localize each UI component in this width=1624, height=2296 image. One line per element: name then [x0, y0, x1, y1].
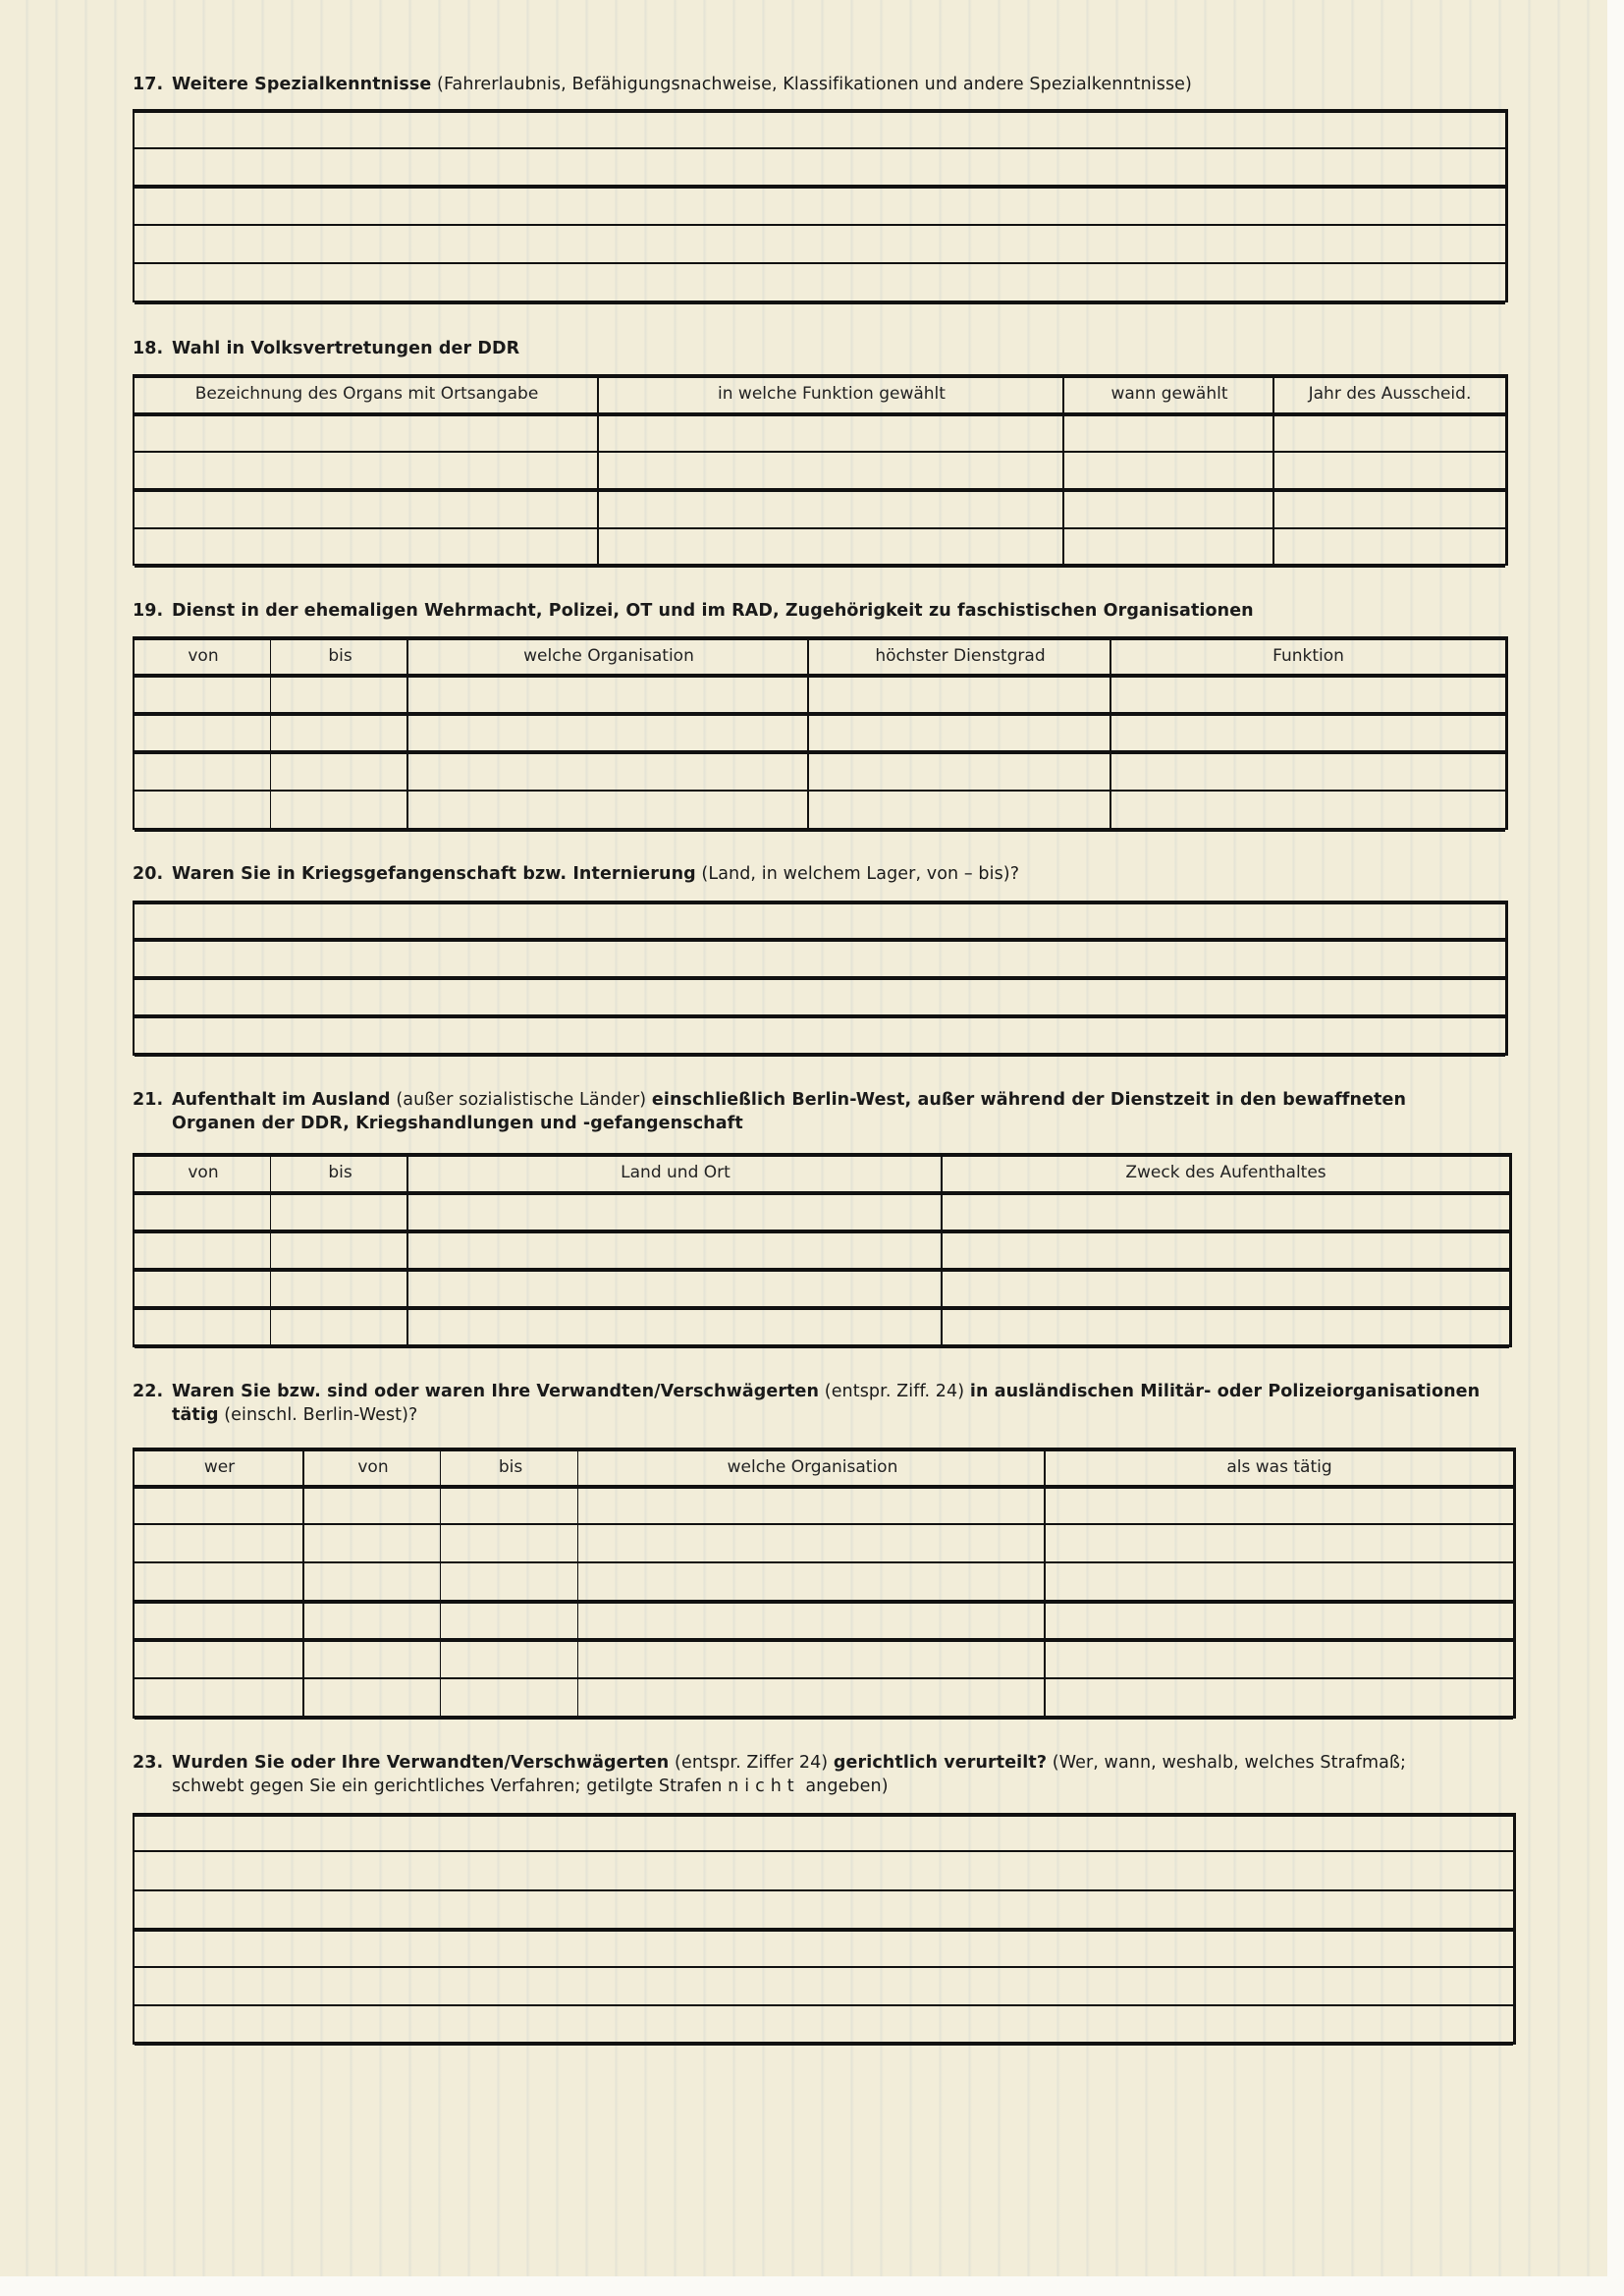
section-number: 18. [133, 337, 172, 360]
section-title-cont: gerichtlich verurteilt? [834, 1753, 1047, 1773]
service-table: von bis welche Organisation höchster Die… [133, 636, 1508, 830]
table-row[interactable] [135, 754, 1505, 790]
section-title: Waren Sie in Kriegsgefangenschaft bzw. I… [172, 864, 696, 884]
col-header-dienstgrad: höchster Dienstgrad [809, 638, 1111, 674]
text-line-3[interactable] [135, 189, 1505, 224]
text-line-4[interactable] [135, 1932, 1513, 1966]
text-line-3[interactable] [135, 980, 1505, 1014]
table-row[interactable] [135, 1233, 1509, 1268]
col-header-wer: wer [135, 1449, 304, 1485]
section-title: Dienst in der ehemaligen Wehrmacht, Poli… [172, 601, 1254, 621]
captivity-table [133, 901, 1508, 1056]
table-row[interactable] [135, 416, 1505, 451]
table-row[interactable] [135, 1679, 1513, 1716]
table-row[interactable] [135, 1642, 1513, 1677]
convictions-table [133, 1813, 1516, 2045]
section-subtitle: (entspr. Ziff. 24) [825, 1382, 964, 1401]
section-title: Wahl in Volksvertretungen der DDR [172, 339, 519, 358]
col-header-wann: wann gewählt [1064, 376, 1274, 411]
table-row[interactable] [135, 529, 1505, 564]
section-number: 22. [133, 1380, 172, 1403]
col-header-funktion: in welche Funktion gewählt [599, 376, 1064, 411]
form-page: 17.Weitere Spezialkenntnisse (Fahrerlaub… [0, 0, 1607, 2276]
text-line-1[interactable] [135, 113, 1505, 146]
section-18-heading: 18.Wahl in Volksvertretungen der DDR [133, 337, 519, 360]
section-title-line2: tätig [172, 1405, 219, 1425]
table-row[interactable] [135, 1604, 1513, 1638]
text-line-2[interactable] [135, 1852, 1513, 1889]
table-row[interactable] [135, 1489, 1513, 1523]
section-subtitle: (Land, in welchem Lager, von – bis)? [701, 864, 1019, 884]
section-title-cont: in ausländischen Militär- oder Polizeior… [970, 1382, 1480, 1401]
col-header-als-was: als was tätig [1046, 1449, 1513, 1485]
text-line-1[interactable] [135, 904, 1505, 938]
section-subtitle-cont: (Wer, wann, weshalb, welches Strafmaß; [1053, 1753, 1406, 1773]
section-subtitle: (außer sozialistische Länder) [396, 1090, 646, 1110]
section-title: Wurden Sie oder Ihre Verwandten/Verschwä… [172, 1753, 669, 1773]
text-line-5[interactable] [135, 1968, 1513, 2004]
col-header-von: von [304, 1449, 442, 1485]
text-line-4[interactable] [135, 1018, 1505, 1053]
col-header-organisation: welche Organisation [579, 1449, 1046, 1485]
col-header-ausscheid: Jahr des Ausscheid. [1274, 376, 1505, 411]
col-header-organisation: welche Organisation [408, 638, 809, 674]
text-line-3[interactable] [135, 1891, 1513, 1928]
emphasis-nicht: nicht [728, 1777, 800, 1796]
section-title: Waren Sie bzw. sind oder waren Ihre Verw… [172, 1382, 819, 1401]
section-number: 17. [133, 73, 172, 96]
col-header-zweck: Zweck des Aufenthaltes [943, 1155, 1509, 1190]
section-23-heading: 23.Wurden Sie oder Ihre Verwandten/Versc… [133, 1751, 1406, 1798]
table-row[interactable] [135, 1525, 1513, 1561]
section-subtitle-line2-end: angeben) [805, 1777, 888, 1796]
col-header-von: von [135, 638, 272, 674]
col-header-bis: bis [442, 1449, 579, 1485]
section-title: Weitere Spezialkenntnisse [172, 75, 431, 94]
table-row[interactable] [135, 1310, 1509, 1344]
table-row[interactable] [135, 1195, 1509, 1230]
col-header-funktion: Funktion [1111, 638, 1505, 674]
col-header-von: von [135, 1155, 272, 1190]
text-line-2[interactable] [135, 151, 1505, 185]
abroad-table: von bis Land und Ort Zweck des Aufenthal… [133, 1153, 1512, 1347]
section-subtitle-line2: (einschl. Berlin-West)? [224, 1405, 417, 1425]
col-header-land-ort: Land und Ort [408, 1155, 943, 1190]
elections-table: Bezeichnung des Organs mit Ortsangabe in… [133, 374, 1508, 566]
section-subtitle: (Fahrerlaubnis, Befähigungsnachweise, Kl… [437, 75, 1192, 94]
text-line-2[interactable] [135, 942, 1505, 976]
table-row[interactable] [135, 716, 1505, 750]
table-row[interactable] [135, 453, 1505, 488]
section-19-heading: 19.Dienst in der ehemaligen Wehrmacht, P… [133, 599, 1254, 623]
table-row[interactable] [135, 792, 1505, 828]
table-row[interactable] [135, 1272, 1509, 1306]
section-17-heading: 17.Weitere Spezialkenntnisse (Fahrerlaub… [133, 73, 1192, 96]
section-number: 23. [133, 1751, 172, 1775]
section-subtitle-line2: schwebt gegen Sie ein gerichtliches Verf… [172, 1777, 722, 1796]
section-number: 21. [133, 1088, 172, 1112]
table-row[interactable] [135, 678, 1505, 712]
text-line-1[interactable] [135, 1817, 1513, 1850]
col-header-bis: bis [272, 1155, 408, 1190]
section-title-cont: einschließlich Berlin-West, außer währen… [652, 1090, 1406, 1110]
table-row[interactable] [135, 1563, 1513, 1600]
section-title-line2: Organen der DDR, Kriegshandlungen und -g… [172, 1114, 743, 1133]
special-skills-table [133, 109, 1508, 302]
section-20-heading: 20.Waren Sie in Kriegsgefangenschaft bzw… [133, 862, 1019, 886]
section-number: 20. [133, 862, 172, 886]
text-line-4[interactable] [135, 227, 1505, 262]
col-header-bis: bis [272, 638, 408, 674]
text-line-5[interactable] [135, 266, 1505, 300]
section-22-heading: 22.Waren Sie bzw. sind oder waren Ihre V… [133, 1380, 1480, 1427]
section-title: Aufenthalt im Ausland [172, 1090, 391, 1110]
section-number: 19. [133, 599, 172, 623]
text-line-6[interactable] [135, 2006, 1513, 2042]
col-header-organ: Bezeichnung des Organs mit Ortsangabe [135, 376, 599, 411]
relatives-military-table: wer von bis welche Organisation als was … [133, 1448, 1516, 1719]
section-21-heading: 21.Aufenthalt im Ausland (außer sozialis… [133, 1088, 1406, 1135]
section-subtitle: (entspr. Ziffer 24) [675, 1753, 828, 1773]
table-row[interactable] [135, 492, 1505, 527]
